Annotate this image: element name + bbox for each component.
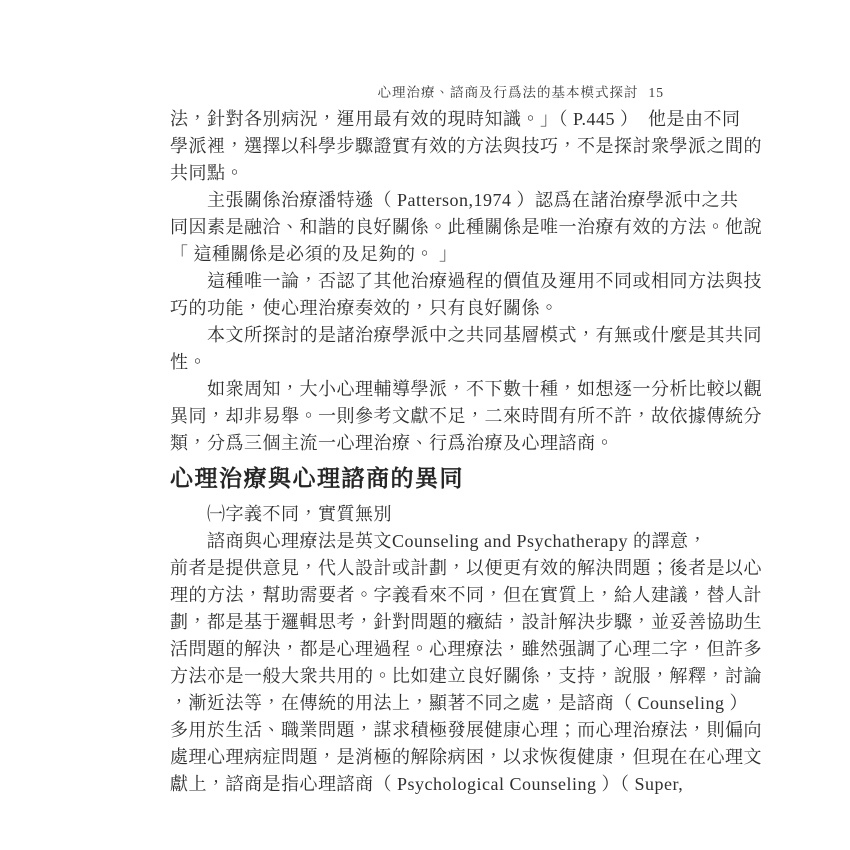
text-block: 法，針對各別病況，運用最有效的現時知識。」（ P.445 ） 他是由不同學派裡，… (170, 106, 684, 798)
section-heading: 心理治療與心理諮商的異同 (170, 465, 684, 492)
text-line: 如衆周知，大小心理輔導學派，不下數十種，如想逐一分析比較以觀 (170, 376, 684, 403)
text-line: 共同點。 (170, 160, 684, 187)
text-line: 處理心理病症問題，是消極的解除病困，以求恢復健康，但現在在心理文 (170, 744, 684, 771)
text-line: 類，分爲三個主流一心理治療、行爲治療及心理諮商。 (170, 430, 684, 457)
text-line: 巧的功能，使心理治療奏效的，只有良好關係。 (170, 295, 684, 322)
running-header: 心理治療、諮商及行爲法的基本模式探討15 (170, 81, 664, 101)
text-line: 「 這種關係是必須的及足夠的。 」 (170, 241, 684, 268)
text-line: 學派裡，選擇以科學步驟證實有效的方法與技巧，不是探討衆學派之間的 (170, 133, 684, 160)
text-line: 諮商與心理療法是英文Counseling and Psychatherapy 的… (170, 528, 684, 555)
chapter-title: 心理治療、諮商及行爲法的基本模式探討 (378, 85, 639, 100)
text-line: 劃，都是基于邏輯思考，針對問題的癥結，設計解決步驟，並妥善協助生 (170, 609, 684, 636)
text-line: 本文所探討的是諸治療學派中之共同基層模式，有無或什麼是其共同 (170, 322, 684, 349)
text-line: 異同，却非易舉。一則參考文獻不足，二來時間有所不許，故依據傳統分 (170, 403, 684, 430)
text-line: 這種唯一論，否認了其他治療過程的價值及運用不同或相同方法與技 (170, 268, 684, 295)
text-line: 活問題的解決，都是心理過程。心理療法，雖然强調了心理二字，但許多 (170, 636, 684, 663)
text-line: 理的方法，幫助需要者。字義看來不同，但在實質上，給人建議，替人計 (170, 582, 684, 609)
text-line: 同因素是融洽、和諧的良好關係。此種關係是唯一治療有效的方法。他說 (170, 214, 684, 241)
text-line: 主張關係治療潘特遜（ Patterson,1974 ）認爲在諸治療學派中之共 (170, 187, 684, 214)
scanned-page: 心理治療、諮商及行爲法的基本模式探討15 法，針對各別病況，運用最有效的現時知識… (0, 0, 850, 850)
page-number: 15 (649, 85, 665, 100)
text-line: 多用於生活、職業問題，謀求積極發展健康心理；而心理治療法，則偏向 (170, 717, 684, 744)
text-line: 法，針對各別病況，運用最有效的現時知識。」（ P.445 ） 他是由不同 (170, 106, 684, 133)
text-line: 性。 (170, 349, 684, 376)
text-line: 前者是提供意見，代人設計或計劃，以便更有效的解決問題；後者是以心 (170, 555, 684, 582)
text-line: 獻上，諮商是指心理諮商（ Psychological Counseling ）（… (170, 771, 684, 798)
subsection-heading: ㈠字義不同，實質無別 (170, 501, 684, 528)
text-line: 方法亦是一般大衆共用的。比如建立良好關係，支持，說服，解釋，討論 (170, 663, 684, 690)
text-line: ，漸近法等，在傳統的用法上，顯著不同之處，是諮商（ Counseling ） (170, 690, 684, 717)
